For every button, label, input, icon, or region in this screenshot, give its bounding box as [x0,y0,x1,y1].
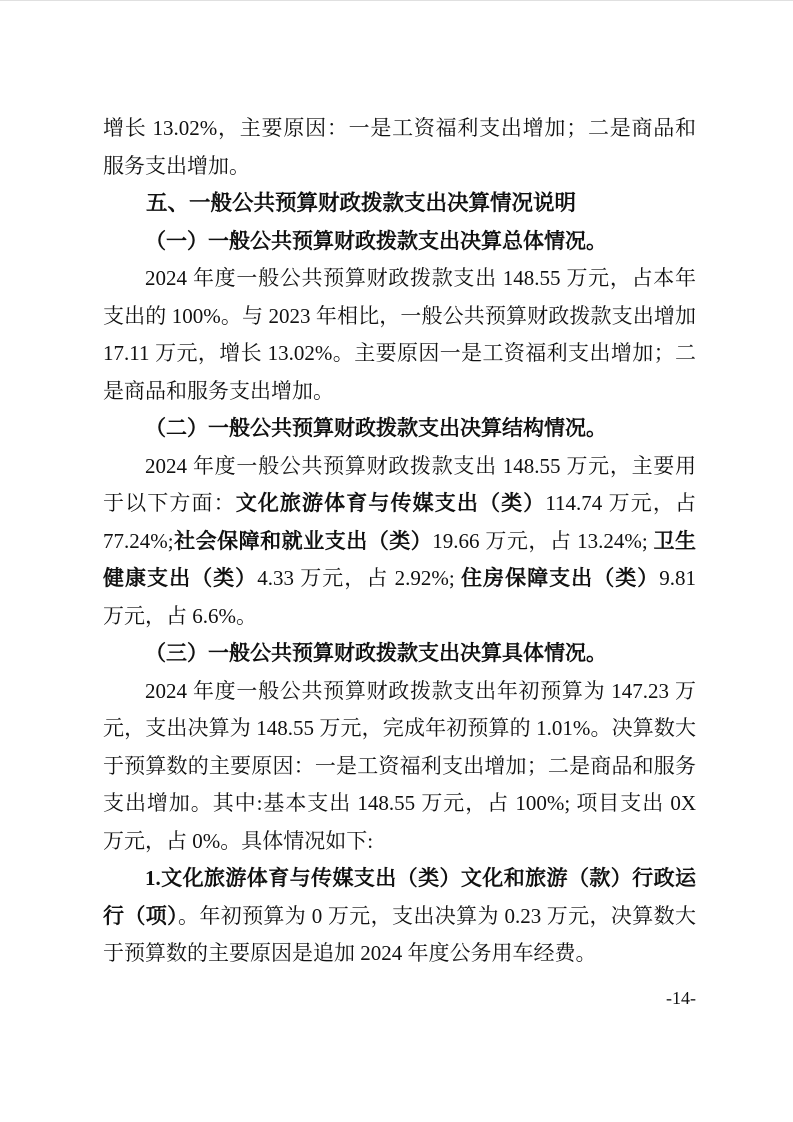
text-run: 4.33 万元，占 2.92%; [257,566,461,590]
bold-text-run: 住房保障支出（类） [461,566,659,590]
bold-text-run: 社会保障和就业支出（类） [174,529,433,553]
bold-text-run: （二）一般公共预算财政拨款支出决算结构情况。 [145,416,607,440]
page-number: -14- [0,973,793,1010]
text-run: 。年初预算为 0 万元，支出决算为 0.23 万元，决算数大于预算数的主要原因是… [103,904,696,966]
subsection-heading-two: （二）一般公共预算财政拨款支出决算结构情况。 [103,410,696,448]
paragraph-item-1: 1.文化旅游体育与传媒支出（类）文化和旅游（款）行政运行（项）。年初预算为 0 … [103,860,696,973]
bold-text-run: 文化旅游体育与传媒支出（类） [236,491,546,515]
paragraph-carryover: 增长 13.02%，主要原因：一是工资福利支出增加；二是商品和服务支出增加。 [103,110,696,185]
bold-text-run: 五、一般公共预算财政拨款支出决算情况说明 [146,191,576,215]
document-page: 增长 13.02%，主要原因：一是工资福利支出增加；二是商品和服务支出增加。五、… [0,0,793,1122]
text-run: 2024 年度一般公共预算财政拨款支出 148.55 万元，占本年支出的 100… [103,266,696,403]
subsection-heading-one: （一）一般公共预算财政拨款支出决算总体情况。 [103,223,696,261]
section-heading-five: 五、一般公共预算财政拨款支出决算情况说明 [103,185,696,223]
document-body: 增长 13.02%，主要原因：一是工资福利支出增加；二是商品和服务支出增加。五、… [0,1,793,973]
paragraph-overall-situation: 2024 年度一般公共预算财政拨款支出 148.55 万元，占本年支出的 100… [103,260,696,410]
bold-text-run: （三）一般公共预算财政拨款支出决算具体情况。 [145,641,607,665]
bold-text-run: （一）一般公共预算财政拨款支出决算总体情况。 [145,229,607,253]
text-run: 19.66 万元，占 13.24%; [432,529,653,553]
paragraph-structure-situation: 2024 年度一般公共预算财政拨款支出 148.55 万元，主要用于以下方面：文… [103,448,696,636]
text-run: 增长 13.02%，主要原因：一是工资福利支出增加；二是商品和服务支出增加。 [103,116,696,178]
text-run: 2024 年度一般公共预算财政拨款支出年初预算为 147.23 万元，支出决算为… [103,679,696,853]
subsection-heading-three: （三）一般公共预算财政拨款支出决算具体情况。 [103,635,696,673]
paragraph-specific-situation: 2024 年度一般公共预算财政拨款支出年初预算为 147.23 万元，支出决算为… [103,673,696,861]
